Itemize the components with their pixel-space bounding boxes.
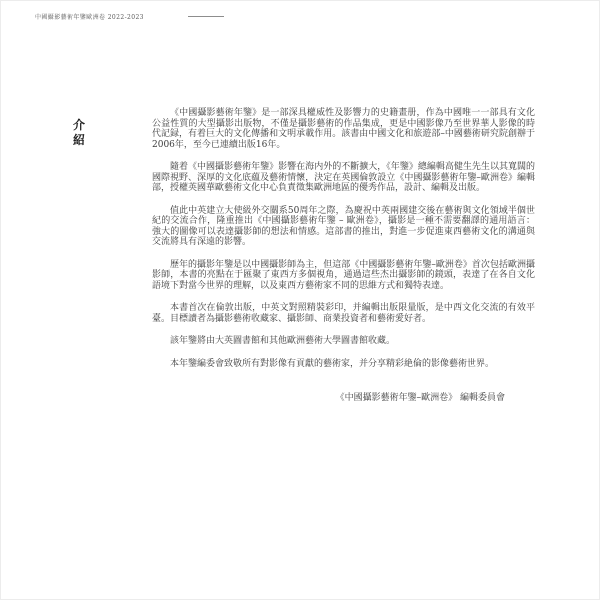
book-page: 中國攝影藝術年鑒歐洲卷 2022-2023 介 紹 《中國攝影藝術年鑒》是一部深… bbox=[0, 0, 600, 600]
paragraph: 歷年的攝影年鑒是以中國攝影師為主，但這部《中國攝影藝術年鑒–歐洲卷》首次包括歐洲… bbox=[152, 260, 535, 292]
paragraph: 值此中英建立大使級外交關系50周年之際，為慶祝中英兩國建交後在藝術與文化領域半個… bbox=[152, 206, 535, 248]
running-header-text: 中國攝影藝術年鑒歐洲卷 2022-2023 bbox=[35, 12, 144, 21]
paragraph: 本年鑒編委會致敬所有對影像有貢獻的藝術家，并分享精彩絶倫的影像藝術世界。 bbox=[152, 359, 535, 370]
section-title-char: 介 bbox=[73, 119, 85, 132]
running-header: 中國攝影藝術年鑒歐洲卷 2022-2023 bbox=[35, 12, 224, 21]
section-title-char: 紹 bbox=[73, 134, 85, 147]
paragraph: 該年鑒將由大英圖書館和其他歐洲藝術大學圖書館收藏。 bbox=[152, 336, 535, 347]
paragraph: 本書首次在倫敦出版，中英文對照精裝彩印，并編輯出版限量版，是中西文化交流的有效平… bbox=[152, 303, 535, 324]
signature: 《中國攝影藝術年鑒–歐洲卷》 編輯委員會 bbox=[152, 393, 535, 404]
paragraph: 隨着《中國攝影藝術年鑒》影響在海内外的不斷擴大，《年鑒》總編輯高健生先生以其寬闊… bbox=[152, 162, 535, 194]
section-title-vertical: 介 紹 bbox=[73, 119, 85, 147]
header-rule bbox=[188, 16, 224, 17]
body-text: 《中國攝影藝術年鑒》是一部深具權威性及影響力的史籍畫册，作為中國唯一一部具有文化… bbox=[152, 108, 535, 416]
paragraph: 《中國攝影藝術年鑒》是一部深具權威性及影響力的史籍畫册，作為中國唯一一部具有文化… bbox=[152, 108, 535, 150]
